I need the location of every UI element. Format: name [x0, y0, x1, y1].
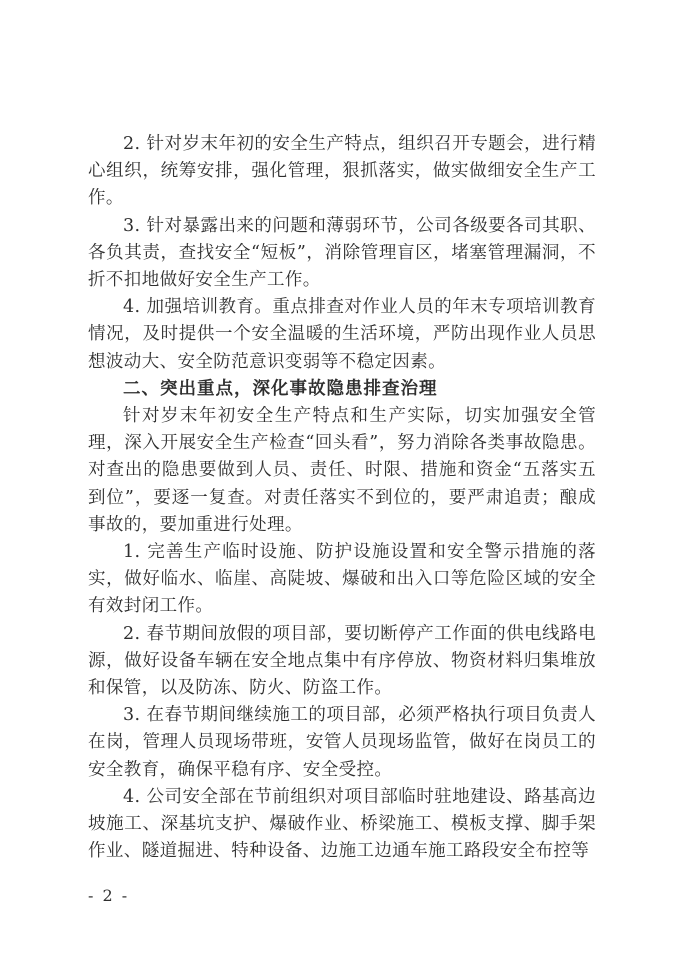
paragraph: 4. 加强培训教育。重点排查对作业人员的年末专项培训教育情况，及时提供一个安全温… — [88, 294, 596, 376]
paragraph: 4. 公司安全部在节前组织对项目部临时驻地建设、路基高边坡施工、深基坑支护、爆破… — [88, 784, 596, 866]
paragraph: 2. 针对岁末年初的安全生产特点，组织召开专题会，进行精心组织，统筹安排，强化管… — [88, 131, 596, 213]
paragraph: 3. 在春节期间继续施工的项目部，必须严格执行项目负责人在岗，管理人员现场带班，… — [88, 702, 596, 784]
paragraph: 1. 完善生产临时设施、防护设施设置和安全警示措施的落实，做好临水、临崖、高陡坡… — [88, 539, 596, 621]
section-heading: 二、突出重点，深化事故隐患排查治理 — [88, 376, 596, 403]
paragraph: 针对岁末年初安全生产特点和生产实际，切实加强安全管理，深入开展安全生产检查“回头… — [88, 403, 596, 539]
document-page: 2. 针对岁末年初的安全生产特点，组织召开专题会，进行精心组织，统筹安排，强化管… — [0, 0, 679, 960]
page-number: - 2 - — [88, 886, 129, 905]
document-body: 2. 针对岁末年初的安全生产特点，组织召开专题会，进行精心组织，统筹安排，强化管… — [88, 131, 596, 865]
paragraph: 2. 春节期间放假的项目部，要切断停产工作面的供电线路电源，做好设备车辆在安全地… — [88, 621, 596, 703]
paragraph: 3. 针对暴露出来的问题和薄弱环节，公司各级要各司其职、各负其责，查找安全“短板… — [88, 213, 596, 295]
